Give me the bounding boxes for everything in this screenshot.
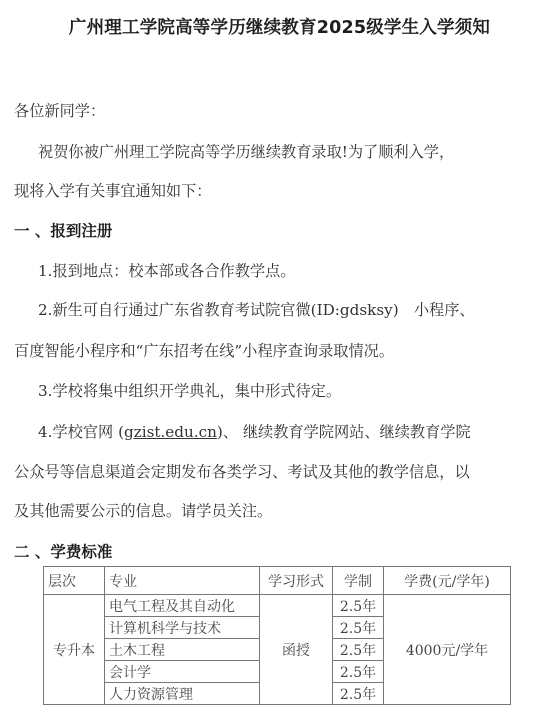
section-heading-tuition: 二 、学费标准 <box>14 540 112 562</box>
cell-duration: 2.5年 <box>333 617 384 639</box>
cell-major: 人力资源管理 <box>105 683 260 705</box>
cell-major: 土木工程 <box>105 639 260 661</box>
header-study-form: 学习形式 <box>260 567 333 595</box>
registration-item-4-line-3: 及其他需要公示的信息。请学员关注。 <box>14 500 272 521</box>
item4-suffix: )、 继续教育学院网站、继续教育学院 <box>217 423 471 441</box>
page-title: 广州理工学院高等学历继续教育2025级学生入学须知 <box>0 14 559 39</box>
salutation: 各位新同学： <box>14 100 105 121</box>
cell-fee: 4000元/学年 <box>384 595 511 705</box>
registration-item-1: 1.报到地点：校本部或各合作教学点。 <box>38 260 296 281</box>
intro-line-1: 祝贺你被广州理工学院高等学历继续教育录取!为了顺利入学， <box>38 141 454 162</box>
table-row: 专升本 电气工程及其自动化 函授 2.5年 4000元/学年 <box>44 595 511 617</box>
school-website-link[interactable]: gzist.edu.cn <box>124 423 217 441</box>
registration-item-4-line-2: 公众号等信息渠道会定期发布各类学习、考试及其他的教学信息，以 <box>14 461 470 482</box>
header-fee: 学费(元/学年) <box>384 567 511 595</box>
cell-level: 专升本 <box>44 595 105 705</box>
header-level: 层次 <box>44 567 105 595</box>
cell-duration: 2.5年 <box>333 639 384 661</box>
header-duration: 学制 <box>333 567 384 595</box>
registration-item-4-line-1: 4.学校官网 (gzist.edu.cn)、 继续教育学院网站、继续教育学院 <box>38 421 471 442</box>
header-major: 专业 <box>105 567 260 595</box>
cell-duration: 2.5年 <box>333 661 384 683</box>
table-header-row: 层次 专业 学习形式 学制 学费(元/学年) <box>44 567 511 595</box>
registration-item-2-line-2: 百度智能小程序和“广东招考在线”小程序查询录取情况。 <box>14 340 394 361</box>
tuition-table: 层次 专业 学习形式 学制 学费(元/学年) 专升本 电气工程及其自动化 函授 … <box>43 566 511 705</box>
cell-study-form: 函授 <box>260 595 333 705</box>
section-heading-registration: 一 、报到注册 <box>14 219 112 241</box>
cell-duration: 2.5年 <box>333 595 384 617</box>
cell-duration: 2.5年 <box>333 683 384 705</box>
cell-major: 会计学 <box>105 661 260 683</box>
intro-line-2: 现将入学有关事宜通知如下： <box>14 180 211 201</box>
cell-major: 电气工程及其自动化 <box>105 595 260 617</box>
item4-prefix: 4.学校官网 ( <box>38 423 124 441</box>
registration-item-2-line-1: 2.新生可自行通过广东省教育考试院官微(ID:gdsksy) 小程序、 <box>38 299 475 320</box>
cell-major: 计算机科学与技术 <box>105 617 260 639</box>
registration-item-3: 3.学校将集中组织开学典礼，集中形式待定。 <box>38 380 341 401</box>
